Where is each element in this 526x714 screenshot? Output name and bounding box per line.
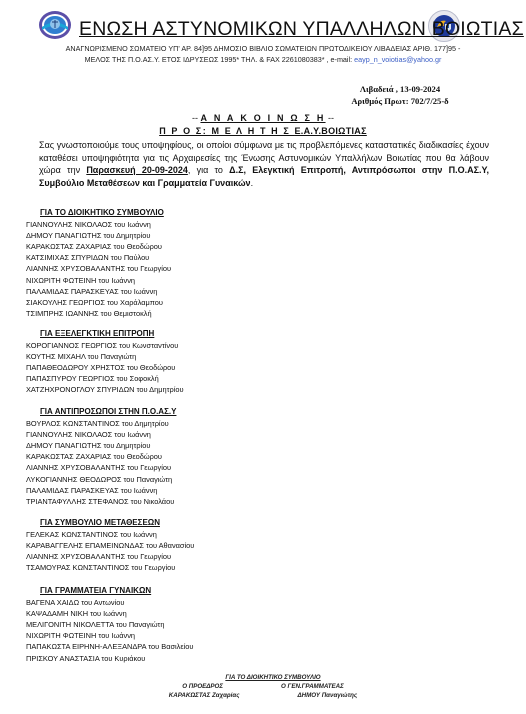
section-title: ΓΙΑ ΑΝΤΙΠΡΟΣΩΠΟΙ ΣΤΗΝ Π.Ο.ΑΣ.Υ bbox=[40, 406, 176, 417]
section-title: ΓΙΑ ΣΥΜΒΟΥΛΙΟ ΜΕΤΑΘΕΣΕΩΝ bbox=[40, 517, 194, 528]
candidate-item: ΚΟΥΤΗΣ ΜΙΧΑΗΛ του Παναγιώτη bbox=[26, 351, 184, 362]
recipients-line: Π Ρ Ο Σ: Μ Ε Λ Η Τ Η Σ Ε.Α.Υ.ΒΟΙΩΤΙΑΣ bbox=[0, 126, 526, 136]
candidate-item: ΝΙΧΩΡΙΤΗ ΦΩΤΕΙΝΗ του Ιωάννη bbox=[26, 275, 171, 286]
section-title: ΓΙΑ ΕΞΕΛΕΓΚΤΙΚΗ ΕΠΙΤΡΟΠΗ bbox=[40, 328, 184, 339]
president-role: Ο ΠΡΟΕΔΡΟΣ bbox=[182, 683, 223, 690]
candidate-item: ΚΑΡΑΚΩΣΤΑΣ ΖΑΧΑΡΙΑΣ του Θεοδώρου bbox=[26, 241, 171, 252]
body-end: . bbox=[251, 178, 254, 188]
candidate-item: ΚΑΡΑΒΑΓΓΕΛΗΣ ΕΠΑΜΕΙΝΩΝΔΑΣ του Αθανασίου bbox=[26, 540, 194, 551]
announcement-body: Σας γνωστοποιούμε τους υποψηφίους, οι οπ… bbox=[39, 139, 489, 189]
union-emblem-icon bbox=[38, 10, 72, 40]
section-audit-committee: ΓΙΑ ΕΞΕΛΕΓΚΤΙΚΗ ΕΠΙΤΡΟΠΗ ΚΟΡΟΓΙΑΝΝΟΣ ΓΕΩ… bbox=[26, 328, 184, 396]
candidate-item: ΚΑΤΣΙΜΙΧΑΣ ΣΠΥΡΙΔΩΝ του Παύλου bbox=[26, 252, 171, 263]
secretary-name: ΔΗΜΟΥ Παναγιώτης bbox=[298, 692, 358, 699]
section-womens-secretariat: ΓΙΑ ΓΡΑΜΜΑΤΕΙΑ ΓΥΝΑΙΚΩΝ ΒΑΓΕΝΑ ΧΑΙΔΩ του… bbox=[26, 585, 193, 664]
candidate-item: ΚΟΡΟΓΙΑΝΝΟΣ ΓΕΩΡΓΙΟΣ του Κωνσταντίνου bbox=[26, 340, 184, 351]
candidate-item: ΒΑΓΕΝΑ ΧΑΙΔΩ του Αντωνίου bbox=[26, 597, 193, 608]
candidate-item: ΠΑΛΑΜΙΔΑΣ ΠΑΡΑΣΚΕΥΑΣ του Ιωάννη bbox=[26, 286, 171, 297]
candidate-item: ΓΙΑΝΝΟΥΛΗΣ ΝΙΚΟΛΑΟΣ του Ιωάννη bbox=[26, 429, 176, 440]
registration-info: ΑΝΑΓΝΩΡΙΣΜΕΝΟ ΣΩΜΑΤΕΙΟ ΥΠ' ΑΡ. 84]95 ΔΗΜ… bbox=[0, 44, 526, 53]
place-date: Λιβαδειά , 13-09-2024 bbox=[330, 83, 470, 95]
date-protocol-block: Λιβαδειά , 13-09-2024 Αριθμός Πρωτ: 702/… bbox=[330, 83, 470, 107]
section-title: ΓΙΑ ΤΟ ΔΙΟΙΚΗΤΙΚΟ ΣΥΜΒΟΥΛΙΟ bbox=[40, 207, 171, 218]
title-text: Α Ν Α Κ Ο Ι Ν Ω Σ Η bbox=[200, 113, 325, 123]
candidate-item: ΔΗΜΟΥ ΠΑΝΑΓΙΩΤΗΣ του Δημητρίου bbox=[26, 440, 176, 451]
candidate-item: ΓΙΑΝΝΟΥΛΗΣ ΝΙΚΟΛΑΟΣ του Ιωάννη bbox=[26, 219, 171, 230]
candidate-item: ΠΑΠΑΘΕΟΔΩΡΟΥ ΧΡΗΣΤΟΣ του Θεοδώρου bbox=[26, 362, 184, 373]
candidate-item: ΛΥΚΟΓΙΑΝΝΗΣ ΘΕΟΔΩΡΟΣ του Παναγιώτη bbox=[26, 474, 176, 485]
section-transfers-council: ΓΙΑ ΣΥΜΒΟΥΛΙΟ ΜΕΤΑΘΕΣΕΩΝ ΓΕΛΕΚΑΣ ΚΩΝΣΤΑΝ… bbox=[26, 517, 194, 573]
signature-roles: Ο ΠΡΟΕΔΡΟΣ Ο ΓΕΝ.ΓΡΑΜΜΑΤΕΑΣ bbox=[0, 683, 526, 690]
candidate-item: ΛΙΑΝΝΗΣ ΧΡΥΣΟΒΑΛΑΝΤΗΣ του Γεωργίου bbox=[26, 462, 176, 473]
candidate-item: ΧΑΤΖΗΧΡΟΝΟΓΛΟΥ ΣΠΥΡΙΔΩΝ του Δημητρίου bbox=[26, 384, 184, 395]
recipients-label: Π Ρ Ο Σ: Μ Ε Λ Η Τ Η Σ bbox=[159, 126, 294, 136]
candidate-item: ΛΙΑΝΝΗΣ ΧΡΥΣΟΒΑΛΑΝΤΗΣ του Γεωργίου bbox=[26, 551, 194, 562]
recipients-target: Ε.Α.Υ.ΒΟΙΩΤΙΑΣ bbox=[294, 126, 366, 136]
contact-info: ΜΕΛΟΣ ΤΗΣ Π.Ο.ΑΣ.Υ. ΕΤΟΣ ΙΔΡΥΣΕΩΣ 1995* … bbox=[0, 55, 526, 64]
email-link[interactable]: eayp_n_voiotias@yahoo.gr bbox=[354, 55, 441, 64]
signature-heading: ΓΙΑ ΤΟ ΔΙΟΙΚΗΤΙΚΟ ΣΥΜΒΟΥΛΙΟ bbox=[0, 674, 526, 681]
candidate-item: ΒΟΥΡΛΟΣ ΚΩΝΣΤΑΝΤΙΝΟΣ του Δημητρίου bbox=[26, 418, 176, 429]
secretary-role: Ο ΓΕΝ.ΓΡΑΜΜΑΤΕΑΣ bbox=[281, 683, 344, 690]
protocol-number: Αριθμός Πρωτ: 702/7/25-δ bbox=[330, 95, 470, 107]
signature-names: ΚΑΡΑΚΩΣΤΑΣ Ζαχαρίας ΔΗΜΟΥ Παναγιώτης bbox=[0, 692, 526, 699]
section-representatives: ΓΙΑ ΑΝΤΙΠΡΟΣΩΠΟΙ ΣΤΗΝ Π.Ο.ΑΣ.Υ ΒΟΥΡΛΟΣ Κ… bbox=[26, 406, 176, 507]
candidate-item: ΠΑΠΑΚΩΣΤΑ ΕΙΡΗΝΗ-ΑΛΕΞΑΝΔΡΑ του Βασιλείου bbox=[26, 641, 193, 652]
title-suffix: -- bbox=[326, 113, 335, 123]
contact-text: ΜΕΛΟΣ ΤΗΣ Π.Ο.ΑΣ.Υ. ΕΤΟΣ ΙΔΡΥΣΕΩΣ 1995* … bbox=[85, 55, 354, 64]
candidate-item: ΠΑΛΑΜΙΔΑΣ ΠΑΡΑΣΚΕΥΑΣ του Ιωάννη bbox=[26, 485, 176, 496]
candidate-item: ΠΑΠΑΣΠΥΡΟΥ ΓΕΩΡΓΙΟΣ του Σοφοκλή bbox=[26, 373, 184, 384]
section-board: ΓΙΑ ΤΟ ΔΙΟΙΚΗΤΙΚΟ ΣΥΜΒΟΥΛΙΟ ΓΙΑΝΝΟΥΛΗΣ Ν… bbox=[26, 207, 171, 319]
organization-title: ΕΝΩΣΗ ΑΣΤΥΝΟΜΙΚΩΝ ΥΠΑΛΛΗΛΩΝ ΒΟΙΩΤΙΑΣ bbox=[79, 18, 524, 41]
candidate-item: ΛΙΑΝΝΗΣ ΧΡΥΣΟΒΑΛΑΝΤΗΣ του Γεωργίου bbox=[26, 263, 171, 274]
president-name: ΚΑΡΑΚΩΣΤΑΣ Ζαχαρίας bbox=[169, 692, 240, 699]
section-title: ΓΙΑ ΓΡΑΜΜΑΤΕΙΑ ΓΥΝΑΙΚΩΝ bbox=[40, 585, 193, 596]
body-connector: , για το bbox=[188, 165, 229, 175]
candidate-item: ΣΙΑΚΟΥΛΗΣ ΓΕΩΡΓΙΟΣ του Χαράλαμπου bbox=[26, 297, 171, 308]
candidate-item: ΓΕΛΕΚΑΣ ΚΩΝΣΤΑΝΤΙΝΟΣ του Ιωάννη bbox=[26, 529, 194, 540]
candidate-item: ΝΙΧΩΡΙΤΗ ΦΩΤΕΙΝΗ του Ιωάννη bbox=[26, 630, 193, 641]
candidate-item: ΤΡΙΑΝΤΑΦΥΛΛΗΣ ΣΤΕΦΑΝΟΣ του Νικολάου bbox=[26, 496, 176, 507]
candidate-item: ΚΑΡΑΚΩΣΤΑΣ ΖΑΧΑΡΙΑΣ του Θεοδώρου bbox=[26, 451, 176, 462]
candidate-item: ΚΑΨΑΔΑΜΗ ΝΙΚΗ του Ιωάννη bbox=[26, 608, 193, 619]
candidate-item: ΤΣΙΜΠΡΗΣ ΙΩΑΝΝΗΣ του Θεμιστοκλή bbox=[26, 308, 171, 319]
candidate-item: ΤΣΑΜΟΥΡΑΣ ΚΩΝΣΤΑΝΤΙΝΟΣ του Γεωργίου bbox=[26, 562, 194, 573]
announcement-title: -- Α Ν Α Κ Ο Ι Ν Ω Σ Η -- bbox=[0, 113, 526, 123]
candidate-item: ΠΡΙΣΚΟΥ ΑΝΑΣΤΑΣΙΑ του Κυριάκου bbox=[26, 653, 193, 664]
candidate-item: ΔΗΜΟΥ ΠΑΝΑΓΙΩΤΗΣ του Δημητρίου bbox=[26, 230, 171, 241]
candidate-item: ΜΕΛΙΓΟΝΙΤΗ ΝΙΚΟΛΕΤΤΑ του Παναγιώτη bbox=[26, 619, 193, 630]
election-date: Παρασκευή 20-09-2024 bbox=[86, 165, 188, 175]
